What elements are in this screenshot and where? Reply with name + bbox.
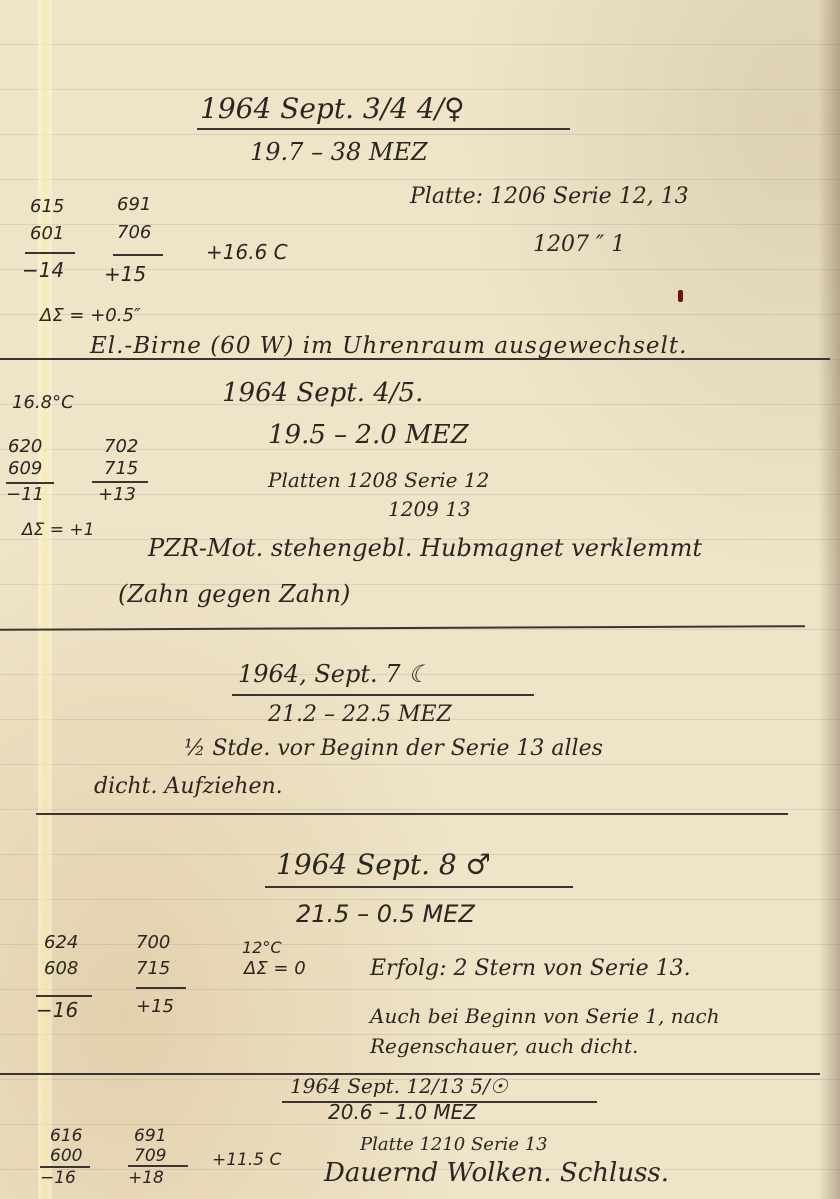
entry-5-calc-b-diff: +18	[128, 1168, 164, 1188]
entry-4-calc-a-line	[36, 995, 92, 997]
entry-1-underline	[197, 128, 570, 130]
entry-1-calc-a1: 615	[30, 196, 64, 217]
entry-2-plate-line-1: Platten 1208 Serie 12	[268, 468, 489, 492]
entry-4-calc-a1: 624	[44, 932, 78, 953]
entry-5-note: Dauernd Wolken. Schluss.	[324, 1158, 669, 1188]
entry-1-calc-a-line	[25, 252, 75, 254]
entry-4-calc-b-line	[136, 987, 186, 989]
entry-4-note-line-3: Regenschauer, auch dicht.	[370, 1034, 638, 1058]
entry-2-calc-a1: 620	[8, 436, 42, 457]
entry-2-temperature: 16.8°C	[12, 392, 74, 413]
entry-2-note-line-1: PZR-Mot. stehengebl. Hubmagnet verklemmt	[148, 534, 702, 562]
entry-4-note-line-1: Erfolg: 2 Stern von Serie 13.	[370, 956, 691, 981]
entry-4-calc-b2: 715	[136, 958, 170, 979]
entry-1-plate-line-2: 1207 ″ 1	[533, 232, 625, 257]
entry-1-calc-b2: 706	[117, 222, 151, 243]
entry-divider-1	[0, 358, 830, 360]
entry-1-date: 1964 Sept. 3/4 4/♀	[200, 92, 465, 125]
red-ink-mark	[678, 290, 683, 302]
entry-5-time: 20.6 – 1.0 MEZ	[328, 1100, 477, 1124]
entry-1-calc-a2: 601	[30, 223, 64, 244]
entry-5-calc-a2: 600	[50, 1146, 82, 1166]
entry-5-calc-b1: 691	[134, 1126, 166, 1146]
entry-3-time: 21.2 – 22.5 MEZ	[268, 702, 452, 727]
entry-2-calc-a-diff: −11	[6, 484, 44, 505]
entry-4-calc-a2: 608	[44, 958, 78, 979]
notebook-page: 1964 Sept. 3/4 4/♀ 19.7 – 38 MEZ 615 601…	[0, 0, 840, 1199]
entry-2-calc-b2: 715	[104, 458, 138, 479]
entry-4-temperature: 12°C	[242, 938, 282, 957]
entry-3-note-line-2: dicht. Aufziehen.	[94, 774, 283, 799]
entry-4-time: 21.5 – 0.5 MEZ	[296, 900, 475, 928]
entry-divider-3	[36, 813, 788, 815]
entry-5-calc-b2: 709	[134, 1146, 166, 1166]
entry-1-calc-b-diff: +15	[104, 262, 146, 286]
entry-4-delta: ΔΣ = 0	[244, 958, 306, 979]
entry-5-calc-b-line	[128, 1165, 188, 1167]
entry-4-note-line-2: Auch bei Beginn von Serie 1, nach	[370, 1004, 720, 1028]
entry-2-time: 19.5 – 2.0 MEZ	[268, 420, 469, 450]
entry-2-delta: ΔΣ = +1	[22, 520, 94, 540]
entry-2-calc-b-line	[92, 481, 148, 483]
entry-3-underline	[232, 694, 534, 696]
entry-1-time: 19.7 – 38 MEZ	[250, 138, 428, 166]
entry-4-calc-b-diff: +15	[136, 996, 174, 1017]
entry-2-calc-a2: 609	[8, 458, 42, 479]
entry-5-calc-a1: 616	[50, 1126, 82, 1146]
entry-4-calc-b1: 700	[136, 932, 170, 953]
page-edge-shadow	[818, 0, 840, 1199]
entry-4-calc-a-diff: −16	[36, 998, 78, 1022]
entry-1-temperature: +16.6 C	[206, 240, 288, 264]
entry-5-plate-line: Platte 1210 Serie 13	[360, 1134, 548, 1155]
entry-2-plate-line-2: 1209 13	[388, 497, 471, 521]
entry-1-calc-b-line	[113, 254, 163, 256]
entry-1-calc-a-diff: −14	[22, 258, 64, 282]
entry-2-calc-b1: 702	[104, 436, 138, 457]
entry-5-calc-a-diff: −16	[40, 1168, 76, 1188]
entry-4-underline	[265, 886, 573, 888]
entry-2-date: 1964 Sept. 4/5.	[222, 378, 423, 408]
entry-3-note-line-1: ½ Stde. vor Beginn der Serie 13 alles	[184, 736, 603, 761]
entry-5-temperature: +11.5 C	[212, 1150, 281, 1170]
entry-2-note-line-2: (Zahn gegen Zahn)	[118, 580, 350, 608]
entry-2-calc-b-diff: +13	[98, 484, 136, 505]
entry-5-date: 1964 Sept. 12/13 5/☉	[290, 1074, 508, 1098]
entry-4-date: 1964 Sept. 8 ♂	[276, 848, 491, 881]
entry-1-plate-line-1: Platte: 1206 Serie 12, 13	[410, 184, 689, 209]
entry-1-calc-b1: 691	[117, 194, 151, 215]
entry-1-delta: ΔΣ = +0.5″	[40, 305, 141, 326]
entry-divider-2	[0, 625, 805, 631]
entry-3-date: 1964, Sept. 7 ☾	[238, 660, 430, 688]
entry-1-note: El.-Birne (60 W) im Uhrenraum ausgewechs…	[90, 333, 687, 359]
